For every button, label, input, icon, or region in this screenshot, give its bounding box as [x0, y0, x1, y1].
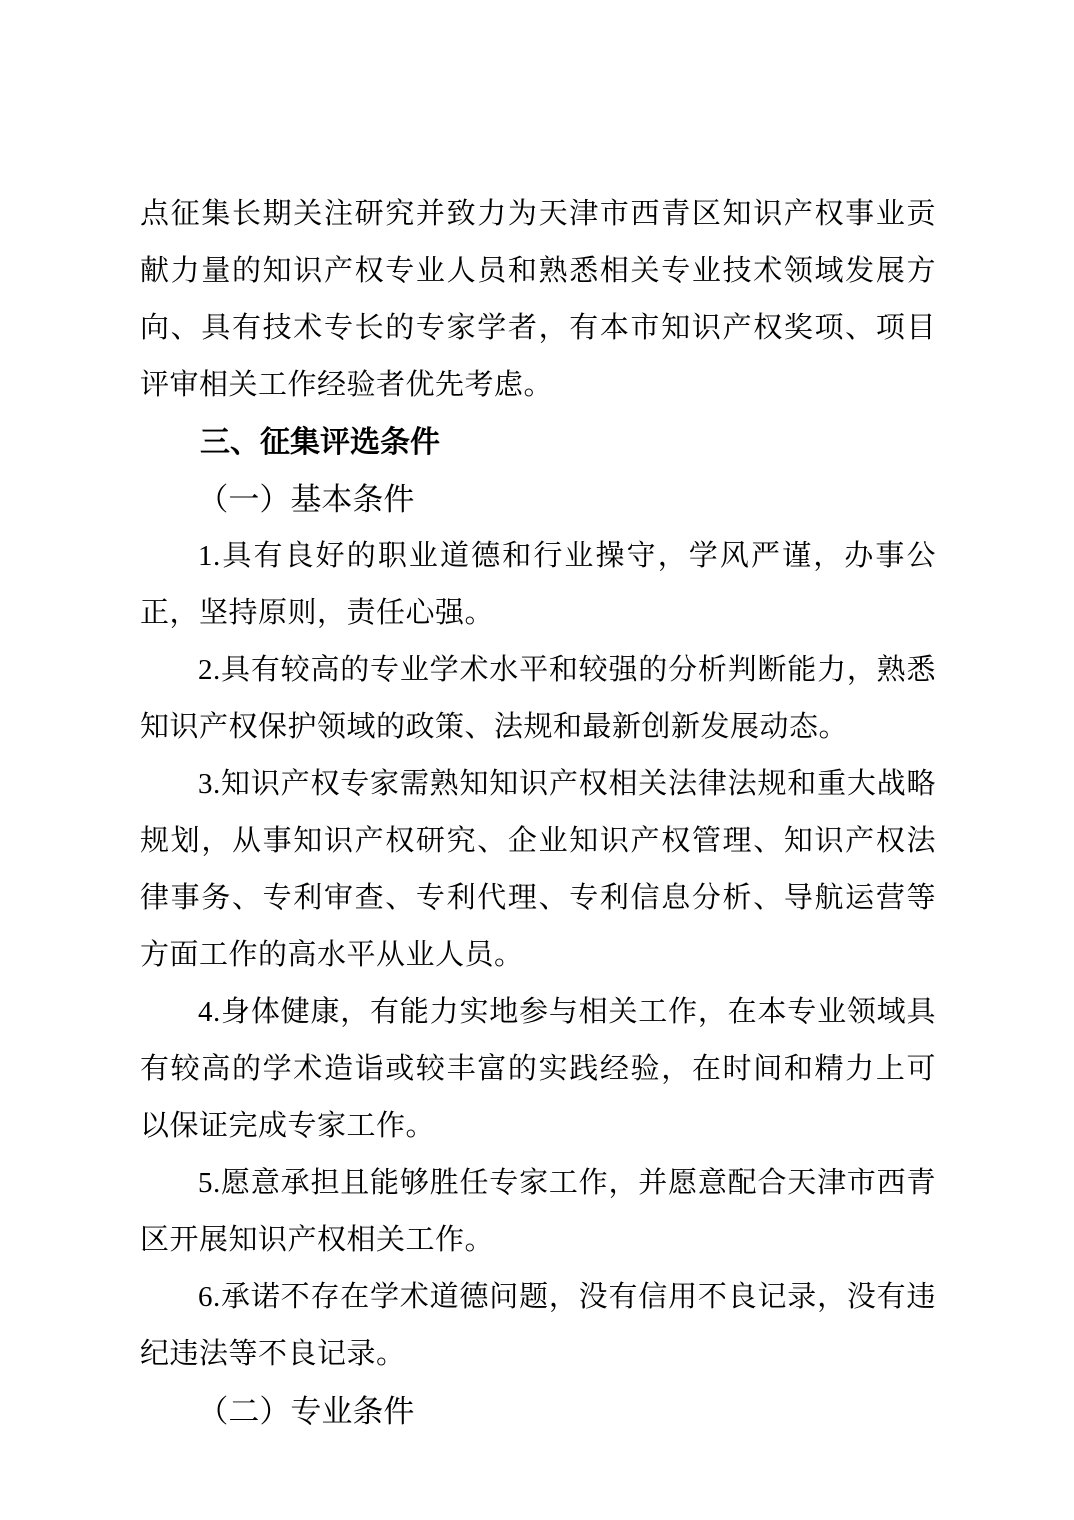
list-item-5: 5.愿意承担且能够胜任专家工作，并愿意配合天津市西青区开展知识产权相关工作。: [140, 1155, 936, 1269]
subsection-heading-1-basic-criteria: （一）基本条件: [140, 471, 936, 528]
document-page: 点征集长期关注研究并致力为天津市西青区知识产权事业贡献力量的知识产权专业人员和熟…: [0, 0, 1074, 1520]
paragraph-continuation: 点征集长期关注研究并致力为天津市西青区知识产权事业贡献力量的知识产权专业人员和熟…: [140, 186, 936, 414]
list-item-4: 4.身体健康，有能力实地参与相关工作，在本专业领域具有较高的学术造诣或较丰富的实…: [140, 984, 936, 1155]
list-item-2: 2.具有较高的专业学术水平和较强的分析判断能力，熟悉知识产权保护领域的政策、法规…: [140, 642, 936, 756]
list-item-1: 1.具有良好的职业道德和行业操守，学风严谨，办事公正，坚持原则，责任心强。: [140, 528, 936, 642]
list-item-6: 6.承诺不存在学术道德问题，没有信用不良记录，没有违纪违法等不良记录。: [140, 1269, 936, 1383]
section-heading-3: 三、征集评选条件: [140, 414, 936, 471]
list-item-3: 3.知识产权专家需熟知知识产权相关法律法规和重大战略规划，从事知识产权研究、企业…: [140, 756, 936, 984]
document-content: 点征集长期关注研究并致力为天津市西青区知识产权事业贡献力量的知识产权专业人员和熟…: [140, 186, 936, 1440]
subsection-heading-2-professional-criteria: （二）专业条件: [140, 1383, 936, 1440]
